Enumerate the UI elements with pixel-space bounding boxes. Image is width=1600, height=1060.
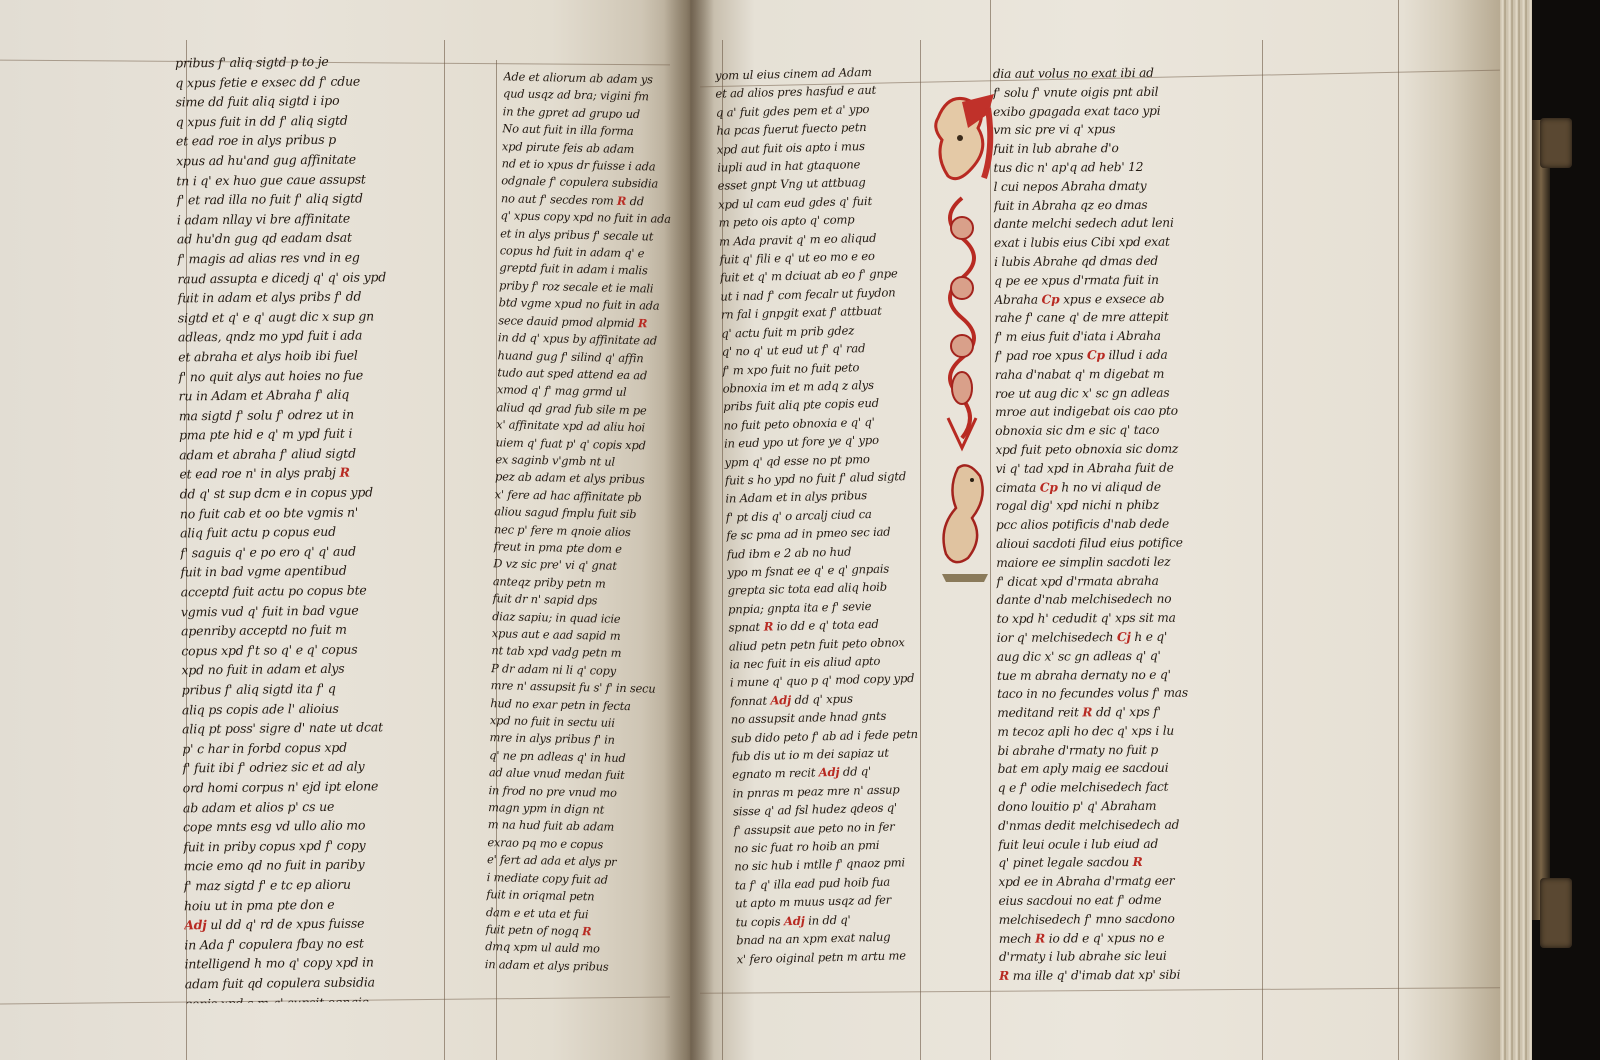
rubric-mark: R (1133, 855, 1143, 869)
manuscript-line: fuit leui ocule i lub eiud ad (998, 834, 1266, 855)
manuscript-line: alioui sacdoti filud eius potifice (996, 533, 1264, 554)
manuscript-line: mroe aut indigebat ois cao pto (995, 401, 1263, 422)
open-manuscript: pribus f' aliq sigtd p to jeq xpus fetie… (0, 0, 1600, 1060)
left-column-2: Ade et aliorum ab adam ysqud usqz ad bra… (484, 68, 675, 991)
manuscript-line: d'rmaty i lub abrahe sic leui (999, 947, 1267, 968)
rubric-mark: R (760, 620, 774, 634)
manuscript-line: i lubis Abrahe qd dmas ded (994, 251, 1262, 272)
left-column-1: pribus f' aliq sigtd p to jeq xpus fetie… (175, 51, 453, 1004)
manuscript-line: ior q' melchisedech Cj h e q' (997, 627, 1265, 648)
rubric-mark: R (340, 465, 350, 480)
rubric-mark: Cp (1040, 480, 1058, 494)
manuscript-line: q pe ee xpus d'rmata fuit in (994, 270, 1262, 291)
decorated-initial-icon (928, 88, 996, 588)
rubric-mark: Cj (1117, 630, 1131, 644)
manuscript-line: xpd fuit peto obnoxia sic domz (995, 439, 1263, 460)
manuscript-line: f' m eius fuit d'iata i Abraha (995, 326, 1263, 347)
manuscript-line: obnoxia sic dm e sic q' taco (995, 420, 1263, 441)
manuscript-line: melchisedech f' mno sacdono (999, 909, 1267, 930)
manuscript-line: m tecoz apli ho dec q' xps i lu (997, 721, 1265, 742)
manuscript-line: bi abrahe d'rmaty no fuit p (997, 740, 1265, 761)
manuscript-line: taco in no fecundes volus f' mas (997, 683, 1265, 704)
manuscript-line: l cui nepos Abraha dmaty (994, 176, 1262, 197)
ruling-outer-right (1398, 0, 1399, 1060)
manuscript-line: dia aut volus no exat ibi ad (993, 63, 1261, 84)
manuscript-line: d'nmas dedit melchisedech ad (998, 815, 1266, 836)
manuscript-line: dante d'nab melchisedech no (996, 589, 1264, 610)
manuscript-line: xpd ee in Abraha d'rmatg eer (998, 871, 1266, 892)
manuscript-line: f' solu f' vnute oigis pnt abil (993, 82, 1261, 103)
manuscript-line: f' pad roe xpus Cp illud i ada (995, 345, 1263, 366)
manuscript-line: to xpd h' cedudit q' xps sit ma (997, 608, 1265, 629)
right-column-2: dia aut volus no exat ibi adf' solu f' v… (993, 63, 1268, 1005)
page-edges (1500, 0, 1532, 1060)
rubric-mark: Cp (1087, 348, 1105, 362)
binding-leather-strip (1532, 120, 1550, 920)
manuscript-line: bat em aply maig ee sacdoui (998, 759, 1266, 780)
rubric-mark: Adj (184, 917, 207, 932)
manuscript-line: fuit in Abraha qz eo dmas (994, 195, 1262, 216)
right-column-1: yom ul eius cinem ad Adamet ad alios pre… (715, 62, 945, 987)
manuscript-line: q e f' odie melchisedech fact (998, 777, 1266, 798)
manuscript-line: R ma ille q' d'imab dat xp' sibi (999, 965, 1267, 986)
manuscript-line: dante melchi sedech adut leni (994, 213, 1262, 234)
rubric-mark: Adj (784, 913, 805, 928)
manuscript-line: vm sic pre vi q' xpus (993, 119, 1261, 140)
manuscript-line: aug dic x' sc gn adleas q' q' (997, 646, 1265, 667)
rubric-mark: Adj (770, 693, 791, 708)
manuscript-line: in adam et alys pribus (485, 956, 657, 977)
manuscript-line: tus dic n' ap'q ad heb' 12 (993, 157, 1261, 178)
manuscript-line: dono louitio p' q' Abraham (998, 796, 1266, 817)
manuscript-line: cimata Cp h no vi aliqud de (996, 477, 1264, 498)
manuscript-line: raha d'nabat q' m digebat m (995, 364, 1263, 385)
manuscript-line: tue m abraha dernaty no e q' (997, 665, 1265, 686)
rubric-mark: R (638, 316, 648, 330)
rubric-mark: Adj (819, 765, 840, 780)
manuscript-line: pcc alios potificis d'nab dede (996, 514, 1264, 535)
manuscript-line: eius sacdoui no eat f' odme (998, 890, 1266, 911)
manuscript-line: q' pinet legale sacdou R (998, 853, 1266, 874)
rubric-mark: R (617, 194, 627, 208)
rubric-mark: R (1082, 705, 1092, 719)
clasp-upper-icon (1540, 118, 1572, 168)
manuscript-line: roe ut aug dic x' sc gn adleas (995, 383, 1263, 404)
manuscript-line: maiore ee simplin sacdoti lez (996, 552, 1264, 573)
manuscript-line: mech R io dd e q' xpus no e (999, 928, 1267, 949)
clasp-lower-icon (1540, 878, 1572, 948)
rubric-mark: R (582, 924, 592, 938)
rubric-mark: R (1035, 931, 1045, 945)
manuscript-line: meditand reit R dd q' xps f' (997, 702, 1265, 723)
manuscript-line: fuit in lub abrahe d'o (993, 138, 1261, 159)
rubric-mark: Cp (1042, 292, 1060, 306)
manuscript-line: exat i lubis eius Cibi xpd exat (994, 232, 1262, 253)
manuscript-line: vi q' tad xpd in Abraha fuit de (995, 458, 1263, 479)
manuscript-line: exibo gpagada exat taco ypi (993, 101, 1261, 122)
manuscript-line: rogal dig' xpd nichi n phibz (996, 495, 1264, 516)
manuscript-line: rahe f' cane q' de mre attepit (994, 307, 1262, 328)
manuscript-line: Abraha Cp xpus e exsece ab (994, 289, 1262, 310)
manuscript-line: f' dicat xpd d'rmata abraha (996, 571, 1264, 592)
rubric-mark: R (999, 969, 1009, 983)
